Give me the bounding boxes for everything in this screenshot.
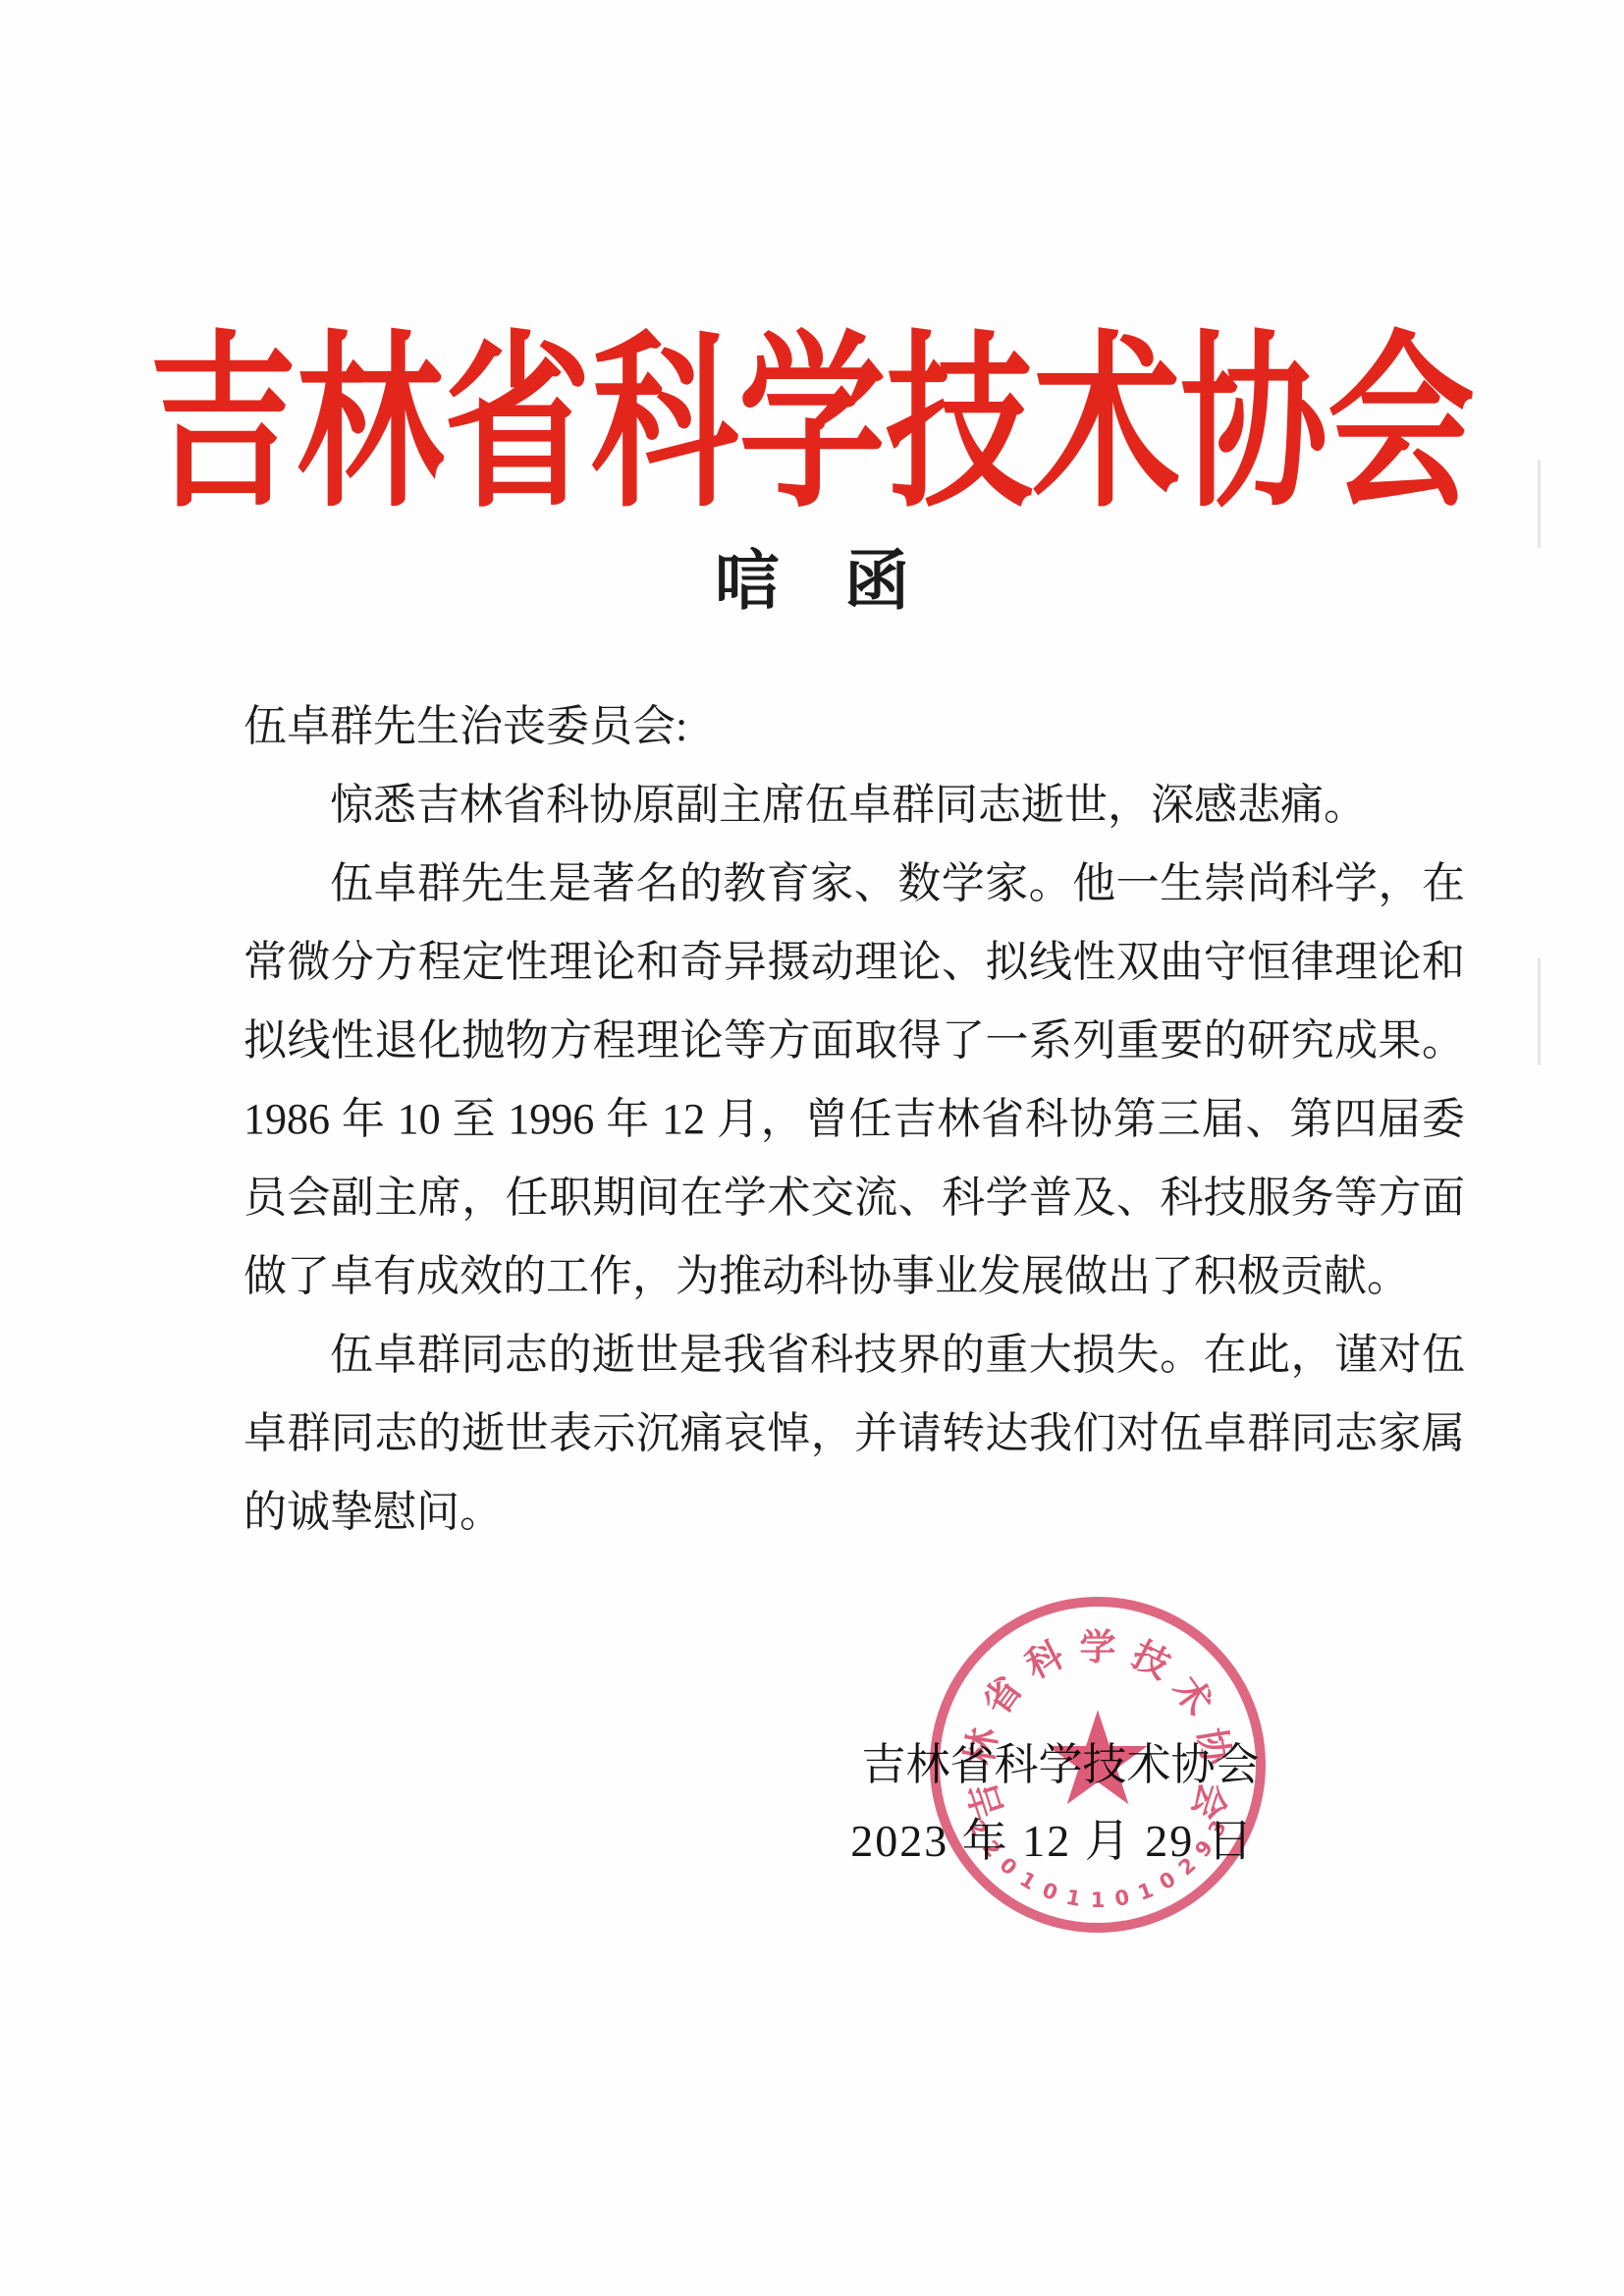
letter-page: 吉林省科学技术协会 唁 函 伍卓群先生治丧委员会: 惊悉吉林省科协原副主席伍卓群… [0, 0, 1624, 2296]
paragraph-3: 伍卓群同志的逝世是我省科技界的重大损失。在此，谨对伍卓群同志的逝世表示沉痛哀悼，… [244, 1316, 1465, 1552]
paragraph-2: 伍卓群先生是著名的教育家、数学家。他一生崇尚科学，在常微分方程定性理论和奇异摄动… [244, 845, 1465, 1316]
salutation: 伍卓群先生治丧委员会: [244, 687, 1465, 766]
seal-star-icon: ★ [1040, 1695, 1156, 1825]
paragraph-1: 惊悉吉林省科协原副主席伍卓群同志逝世，深感悲痛。 [244, 766, 1465, 845]
doc-type-heading: 唁 函 [0, 528, 1624, 622]
org-title: 吉林省科学技术协会 [0, 271, 1624, 542]
scan-artifact [1538, 957, 1541, 1066]
letter-body: 伍卓群先生治丧委员会: 惊悉吉林省科协原副主席伍卓群同志逝世，深感悲痛。 伍卓群… [244, 687, 1465, 1552]
official-seal: ★ 吉林省科学技术协会 2201011010293 [930, 1597, 1266, 1933]
